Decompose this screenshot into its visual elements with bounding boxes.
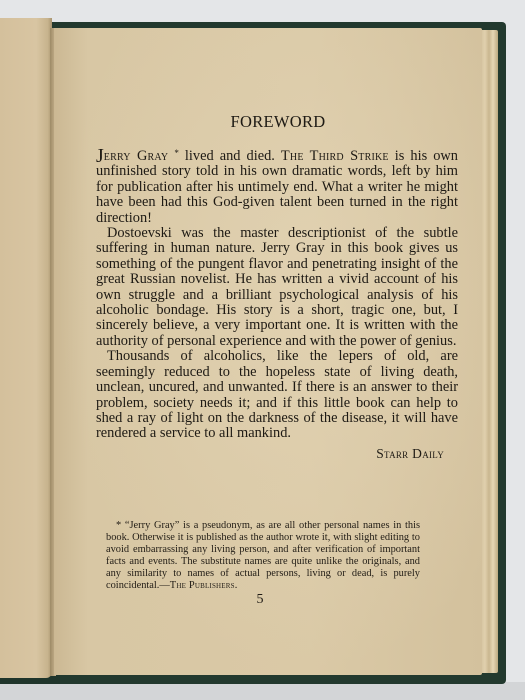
paragraph-3: Thousands of alcoholics, like the lepers… (96, 349, 458, 441)
table-surface (0, 682, 525, 700)
signature: Starr Daily (96, 446, 444, 462)
author-name: erry Gray (104, 148, 169, 164)
foreword-content: FOREWORD Jerry Gray * lived and died. Th… (96, 112, 458, 462)
paragraph-1-text-a: lived and died. (179, 148, 281, 164)
footnote: * “Jerry Gray” is a pseudonym, as are al… (106, 520, 420, 592)
page-title: FOREWORD (98, 112, 458, 132)
book-title: The Third Strike (281, 148, 389, 164)
page-number: 5 (250, 592, 270, 608)
paragraph-2: Dostoevski was the master descriptionist… (96, 226, 458, 349)
footnote-text: * “Jerry Gray” is a pseudonym, as are al… (106, 520, 420, 592)
left-page (0, 18, 52, 678)
paragraph-1: Jerry Gray * lived and died. The Third S… (96, 146, 458, 226)
foreword-body: Jerry Gray * lived and died. The Third S… (96, 146, 458, 442)
footnote-attribution: The Publishers. (170, 580, 238, 591)
footnote-body: “Jerry Gray” is a pseudonym, as are all … (106, 520, 420, 591)
